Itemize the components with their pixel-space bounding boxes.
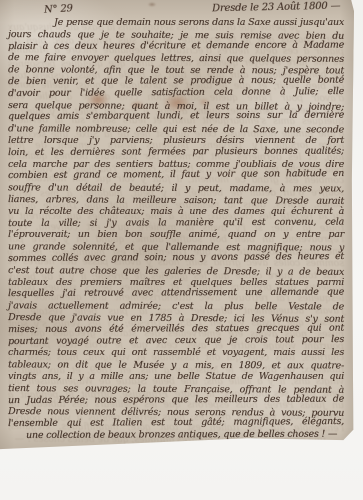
handwritten-line: pourtant voyagé outre et avec ceux que j… <box>8 333 344 347</box>
ink-stain <box>146 1 158 8</box>
handwritten-line: sommes collés avec grand soin; nous y av… <box>8 251 344 265</box>
handwritten-line: combien est grand ce moment, il faut y v… <box>8 168 344 182</box>
letter-body: Je pense que demain nous serons dans la … <box>8 17 344 442</box>
handwritten-line: une collection de beaux bronzes antiques… <box>8 428 344 441</box>
handwritten-line: d'avoir pour l'idée quelle satisfaction … <box>8 86 344 100</box>
handwritten-line: tableaux; on dit que le Musée y a mis, e… <box>8 359 344 372</box>
letter-dateline: Dresde le 23 Août 1800 — <box>212 1 340 15</box>
handwritten-line: charmés; tous ceux qui ont rassemblé et … <box>8 347 344 359</box>
handwritten-line: l'éprouverait; un bien bon souffle animé… <box>8 229 344 241</box>
handwritten-line: c'est tout autre chose que les galeries … <box>8 265 344 279</box>
handwritten-line: un Judas Pérée; nous espérons que les me… <box>8 393 344 406</box>
handwritten-line: lesquelles j'ai retrouvé avec attendriss… <box>8 287 344 300</box>
handwritten-line: plaisir à ces deux heures d'écriture et … <box>8 39 344 52</box>
handwritten-line: vingts ans, il y a mille ans; une belle … <box>8 371 344 383</box>
handwritten-line: quelques amis s'embarquent lundi, et leu… <box>8 110 344 123</box>
letter-number: N° 29 <box>44 3 73 15</box>
scanned-letter: Je pense que demain nous serons dans la … <box>0 0 363 500</box>
handwritten-line: lianes, arbres, dans la meilleure saison… <box>8 194 344 208</box>
handwritten-line: d'une famille nombreuse; celle qui est n… <box>8 123 344 136</box>
handwritten-line: loin, et les dernières sont fermées par … <box>8 145 344 158</box>
handwritten-line: toute la ville; si j'y avais la manière … <box>8 216 344 229</box>
letter-page: Je pense que demain nous serons dans la … <box>0 0 354 450</box>
handwritten-line: Je pense que demain nous serons dans la … <box>8 17 344 29</box>
